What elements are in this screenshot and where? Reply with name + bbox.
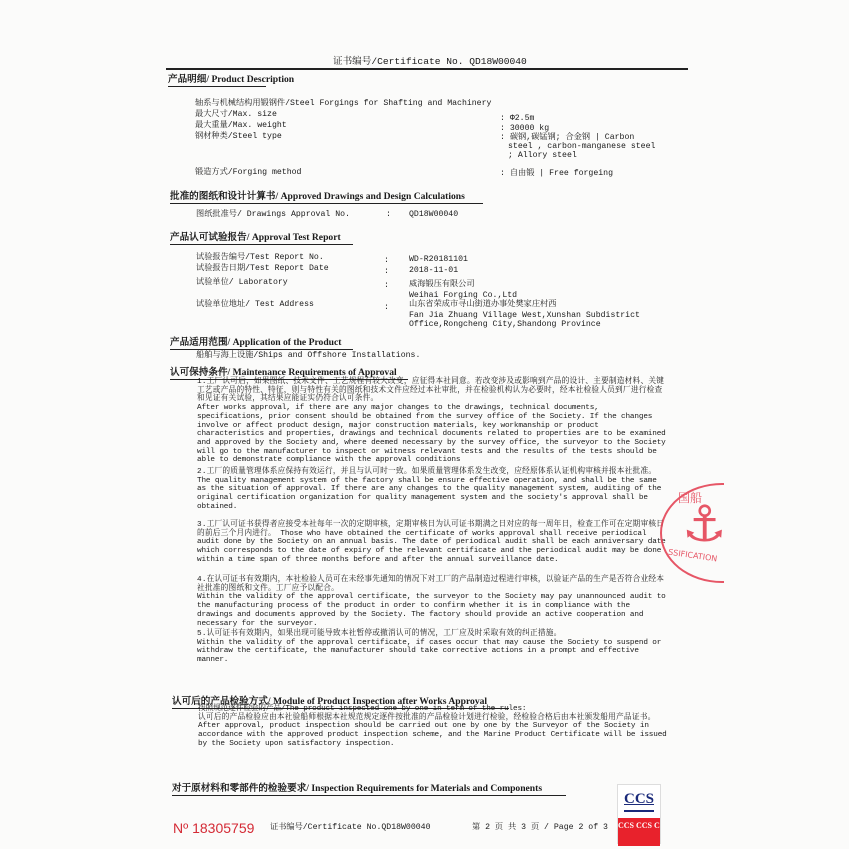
test-report-date-colon: :	[384, 267, 389, 276]
product-name: 轴系与机械结构用锻钢件/Steel Forgings for Shafting …	[195, 99, 491, 108]
drawings-approval-value: QD18W00040	[409, 210, 458, 219]
header-certificate-no: 证书编号/Certificate No. QD18W00040	[333, 53, 527, 67]
test-report-no-value: WD-R20181101	[409, 255, 468, 264]
ccs-security-label: CCS CCS CCS CCS CCS	[617, 784, 661, 844]
section-title-materials: 对于原材料和零部件的检验要求/ Inspection Requirements …	[172, 780, 566, 796]
steel-type-value: : 碳钢,碳锰钢; 合金钢 | Carbon	[500, 133, 634, 142]
ccs-logo-underline	[624, 810, 654, 812]
maintenance-item-4: 4.在认可证书有效期内，本社检验人员可在未经事先通知的情况下对工厂的产品制造过程…	[197, 576, 667, 628]
footer-serial-number: Nº 18305759	[173, 820, 254, 836]
section-title-approved-drawings: 批准的图纸和设计计算书/ Approved Drawings and Desig…	[170, 188, 483, 204]
section-title-approval-test-report: 产品认可试验报告/ Approval Test Report	[170, 229, 353, 245]
test-address-value-en1: Fan Jia Zhuang Village West,Xunshan Subd…	[409, 311, 640, 320]
steel-type-label: 钢材种类/Steel type	[195, 132, 282, 141]
laboratory-value-cn: 威海锻压有限公司	[409, 280, 475, 289]
ccs-red-band: CCS CCS CCS CCS	[618, 818, 660, 846]
ccs-logo: CCS	[624, 791, 654, 808]
maintenance-item-5-en: Within the validity of the approval cert…	[197, 639, 667, 665]
max-size-value: : Φ2.5m	[500, 114, 534, 123]
max-weight-value: : 30000 kg	[500, 124, 549, 133]
test-address-value-en2: Office,Rongcheng City,Shandong Province	[409, 320, 601, 329]
inspection-module-line1: 按照规范逐件检验的产品/The product inspected one by…	[198, 705, 668, 714]
footer-page-indicator: 第 2 页 共 3 页 / Page 2 of 3	[472, 823, 608, 832]
forging-method-label: 锻造方式/Forging method	[195, 168, 301, 177]
footer-certificate-no: 证书编号/Certificate No.QD18W00040	[270, 823, 431, 832]
inspection-module-cn: 认可后的产品检验应由本社验船师根据本社规范规定逐件按批准的产品检验计划进行检验，…	[198, 714, 668, 723]
maintenance-item-4-cn: 4.在认可证书有效期内，本社检验人员可在未经事先通知的情况下对工厂的产品制造过程…	[197, 576, 667, 593]
max-weight-label: 最大重量/Max. weight	[195, 121, 287, 130]
steel-type-value-line2: steel , carbon-manganese steel	[508, 142, 655, 151]
maintenance-item-1-cn: 1.工厂认可后，如果图纸、技术文件、工艺规程有较大改变，应征得本社同意。若改变涉…	[197, 378, 667, 404]
test-address-label: 试验单位地址/ Test Address	[196, 300, 314, 309]
test-report-no-colon: :	[384, 256, 389, 265]
test-report-no-label: 试验报告编号/Test Report No.	[196, 253, 324, 262]
maintenance-item-1: 1.工厂认可后，如果图纸、技术文件、工艺规程有较大改变，应征得本社同意。若改变涉…	[197, 378, 667, 465]
section-title-application: 产品适用范围/ Application of the Product	[170, 334, 353, 350]
forging-method-value: : 自由锻 | Free forgeing	[500, 169, 613, 178]
maintenance-item-2-cn: 2.工厂的质量管理体系应保持有效运行，并且与认可时一致。如果质量管理体系发生改变…	[197, 468, 667, 477]
maintenance-item-3: 3.工厂认可证书获得者应接受本社每年一次的定期审核，定期审核日为认可证书期满之日…	[197, 521, 667, 565]
maintenance-item-2: 2.工厂的质量管理体系应保持有效运行，并且与认可时一致。如果质量管理体系发生改变…	[197, 468, 667, 512]
anchor-icon: ⚓	[682, 499, 727, 549]
application-text: 船舶与海上设施/Ships and Offshore Installations…	[196, 351, 420, 360]
official-stamp: 国船 ⚓ SSIFICATION	[660, 483, 784, 583]
maintenance-item-5-cn: 5.认可证书有效期内，如果出现可能导致本社暂停或撤消认可的情况，工厂应及时采取有…	[197, 630, 667, 639]
maintenance-item-1-en: After works approval, if there are any m…	[197, 404, 667, 465]
laboratory-colon: :	[384, 281, 389, 290]
inspection-module-en: After approval, product inspection shoul…	[198, 722, 668, 748]
steel-type-value-line3: ; Allory steel	[508, 151, 577, 160]
maintenance-item-4-en: Within the validity of the approval cert…	[197, 593, 667, 628]
test-report-date-label: 试验报告日期/Test Report Date	[196, 264, 329, 273]
drawings-approval-colon: :	[386, 210, 391, 219]
inspection-module-body: 按照规范逐件检验的产品/The product inspected one by…	[198, 705, 668, 749]
section-title-product-description: 产品明细/ Product Description	[168, 71, 266, 87]
laboratory-value-en: Weihai Forging Co.,Ltd	[409, 291, 517, 300]
test-report-date-value: 2018-11-01	[409, 266, 458, 275]
test-address-colon: :	[384, 303, 389, 312]
max-size-label: 最大尺寸/Max. size	[195, 110, 277, 119]
certificate-page: 证书编号/Certificate No. QD18W00040 产品明细/ Pr…	[0, 0, 849, 849]
test-address-value-cn: 山东省荣成市寻山街道办事处樊家庄村西	[409, 300, 556, 309]
maintenance-item-2-en: The quality management system of the fac…	[197, 477, 667, 512]
header-rule	[166, 68, 688, 70]
laboratory-label: 试验单位/ Laboratory	[196, 278, 288, 287]
maintenance-item-5: 5.认可证书有效期内，如果出现可能导致本社暂停或撤消认可的情况，工厂应及时采取有…	[197, 630, 667, 665]
drawings-approval-label: 图纸批准号/ Drawings Approval No.	[196, 210, 350, 219]
